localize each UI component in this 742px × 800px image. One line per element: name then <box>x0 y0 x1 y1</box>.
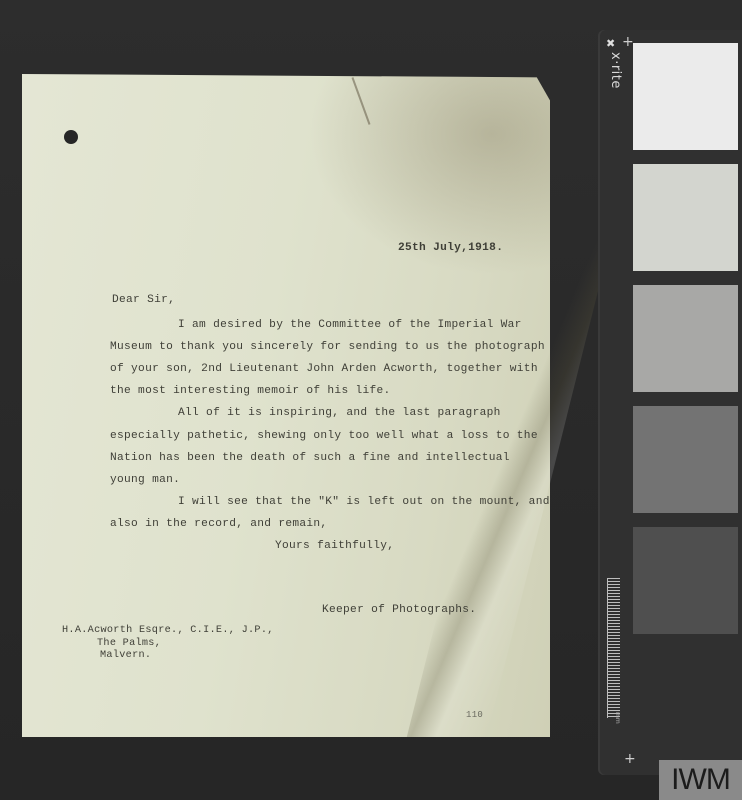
paragraph-2-line-4: young man. <box>110 475 180 486</box>
xrite-brand: x·rite <box>603 52 623 102</box>
salutation: Dear Sir, <box>112 295 175 306</box>
swatch-dark-gray <box>633 406 738 513</box>
iwm-watermark: IWM <box>659 760 742 800</box>
recipient-address-line: The Palms, <box>97 639 161 649</box>
punch-hole <box>64 130 78 144</box>
paragraph-1-line-4: the most interesting memoir of his life. <box>110 386 391 397</box>
crosshair-icon: + <box>624 752 636 766</box>
paragraph-2-line-1: All of it is inspiring, and the last par… <box>178 408 501 419</box>
swatch-mid-gray <box>633 285 738 392</box>
ruler-unit: mm <box>614 712 621 724</box>
swatch-white <box>633 43 738 150</box>
recipient-name: H.A.Acworth Esqre., C.I.E., J.P., <box>62 626 274 636</box>
ruler-scale <box>607 578 620 718</box>
xrite-logo-icon: ✖ <box>606 38 618 50</box>
folio-number: 110 <box>466 711 483 720</box>
crosshair-icon: + <box>622 35 634 49</box>
swatch-light-gray <box>633 164 738 271</box>
paragraph-3-line-2: also in the record, and remain, <box>110 519 327 530</box>
recipient-town: Malvern. <box>100 651 151 661</box>
closing: Yours faithfully, <box>275 541 394 552</box>
paragraph-2-line-2: especially pathetic, shewing only too we… <box>110 431 538 442</box>
paragraph-1-line-3: of your son, 2nd Lieutenant John Arden A… <box>110 364 538 375</box>
letter-date: 25th July,1918. <box>398 243 503 254</box>
paragraph-2-line-3: Nation has been the death of such a fine… <box>110 453 510 464</box>
signature: Keeper of Photographs. <box>322 605 476 616</box>
paragraph-3-line-1: I will see that the "K" is left out on t… <box>178 497 550 508</box>
paragraph-1-line-2: Museum to thank you sincerely for sendin… <box>110 342 545 353</box>
paragraph-1-line-1: I am desired by the Committee of the Imp… <box>178 320 522 331</box>
swatch-darker-gray <box>633 527 738 634</box>
